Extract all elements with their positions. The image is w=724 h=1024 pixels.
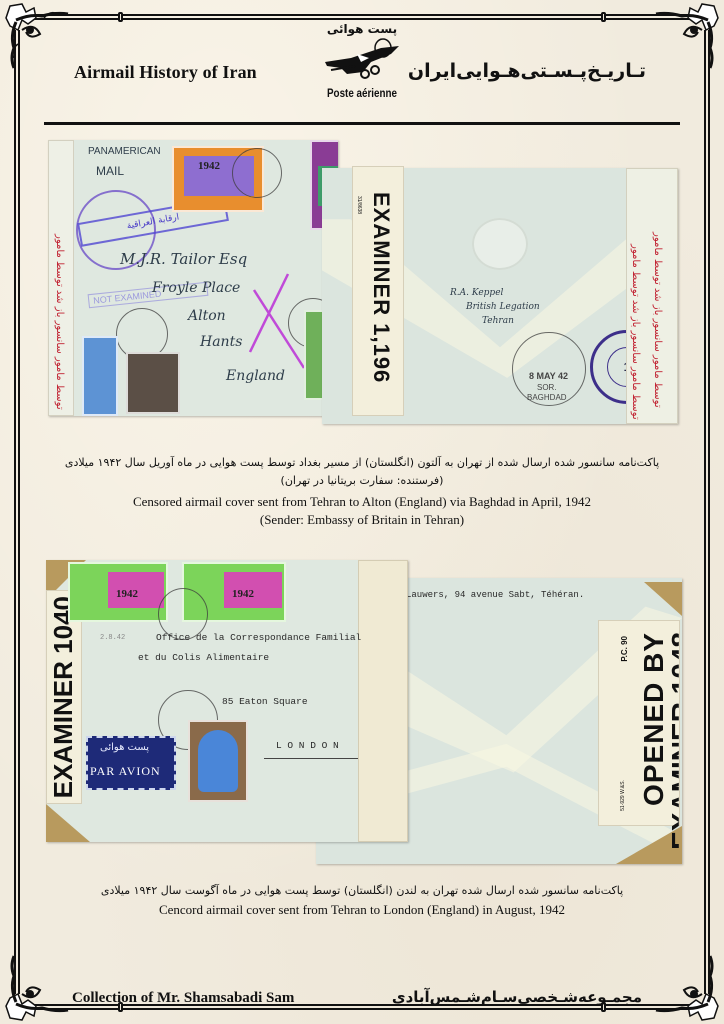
page-title-fa: تـاریـخ‌پـسـتی‌هـوایی‌ایران <box>408 60 646 82</box>
airmail-logo: پست هوائی Poste aérienne <box>314 22 410 118</box>
censor-tape-text: توسط مامور سانسور باز شد توسط مامور <box>54 148 65 410</box>
address-line-2: et du Colis Alimentaire <box>138 652 269 663</box>
cover-2-caption-fa: پاکت‌نامه سانسور شده ارسال شده تهران به … <box>0 884 724 897</box>
frame-knob <box>118 12 123 22</box>
address-line-3: 85 Eaton Square <box>222 696 308 707</box>
corner-ornament-icon <box>0 954 70 1024</box>
censor-tape-right: توسط مامور سانسور باز شد توسط مامور توسط… <box>626 168 678 424</box>
examiner-label-1040: EXAMINER 1040 <box>46 590 82 804</box>
opened-by-examiner-label: OPENED BY EXAMINER 1048 P.C. 90 51-929 W… <box>598 620 680 826</box>
cover-2-caption-en: Cencord airmail cover sent from Tehran t… <box>0 902 724 918</box>
corner-ornament-icon <box>654 954 724 1024</box>
airplane-icon <box>321 38 403 82</box>
censor-tape-right <box>358 560 408 842</box>
kraft-tape-corner <box>46 804 90 842</box>
embossed-crest-icon <box>472 218 528 270</box>
sender-line-3: Tehran <box>482 316 514 326</box>
address-line-3: Alton <box>188 308 226 324</box>
logo-text-fa: پست هوائی <box>314 22 410 36</box>
address-line-2: Froyle Place <box>152 280 240 296</box>
page-title-en: Airmail History of Iran <box>74 62 257 83</box>
stamp-airmail-5: 1942 <box>68 562 168 622</box>
stamp-blue <box>82 336 118 416</box>
baghdad-postmark: 8 MAY 42 SOR. BAGHDAD <box>512 332 586 406</box>
cover-1-caption-fa: پاکت‌نامه سانسور شده ارسال شده از تهران … <box>0 456 724 469</box>
return-address: Lauwers, 94 avenue Sabt, Téhéran. <box>406 590 584 600</box>
logo-text-en: Poste aérienne <box>323 86 402 100</box>
pencil-date: 2.8.42 <box>100 634 125 642</box>
album-page: Airmail History of Iran پست هوائی Poste … <box>0 0 724 1024</box>
stamp-portrait-blue <box>188 720 248 802</box>
address-line-4: Hants <box>200 334 242 350</box>
collection-credit-en: Collection of Mr. Shamsabadi Sam <box>72 990 294 1007</box>
cover-1-caption-en: Censored airmail cover sent from Tehran … <box>0 494 724 510</box>
handwritten-routing: PANAMERICAN <box>88 146 161 157</box>
sender-line-2: British Legation <box>466 302 540 312</box>
cover-2-front[interactable]: EXAMINER 1040 1942 1942 2.8.42 Office de… <box>46 560 408 842</box>
address-line-4: L O N D O N <box>276 740 339 751</box>
frame-knob <box>601 12 606 22</box>
frame-top-line <box>30 14 694 20</box>
collection-credit-fa: مجمـوعه‌شـخصی‌سـام‌شـمس‌آبادی <box>392 988 642 1006</box>
postmark-teheran <box>232 148 282 198</box>
examiner-label-1196: EXAMINER 1,196 31/8638 <box>352 166 404 416</box>
address-underline <box>264 758 358 759</box>
header-divider <box>44 122 680 125</box>
par-avion-label: پست هوائی PAR AVION <box>86 736 176 790</box>
handwritten-routing-2: MAIL <box>96 164 124 178</box>
address-line-1: M.J.R. Tailor Esq <box>120 250 247 268</box>
address-line-1: Office de la Correspondance Familial <box>156 632 361 643</box>
cover-1-caption-en-sender: (Sender: Embassy of Britain in Tehran) <box>0 512 724 528</box>
cover-1-caption-fa-sender: (فرستنده: سفارت بریتانیا در تهران) <box>0 474 724 487</box>
cover-1-front[interactable]: توسط مامور سانسور باز شد توسط مامور PANA… <box>48 140 338 416</box>
stamp-sepia-portrait <box>126 352 180 414</box>
corner-ornament-icon <box>654 0 724 70</box>
corner-ornament-icon <box>0 0 70 70</box>
sender-line-1: R.A. Keppel <box>450 288 503 298</box>
